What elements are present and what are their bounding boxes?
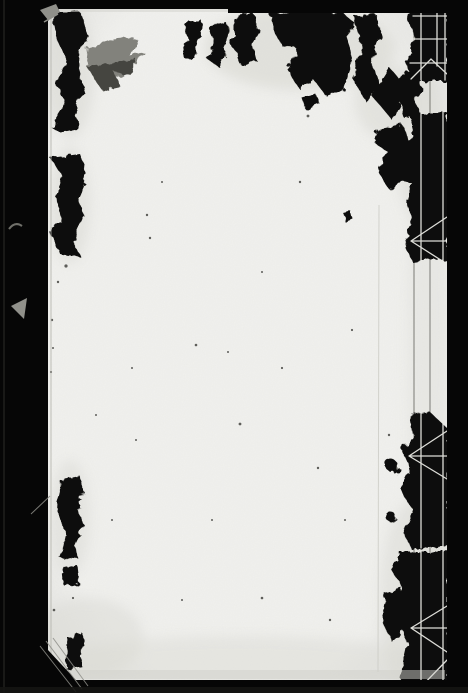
speck [52, 347, 54, 349]
speck [344, 519, 346, 521]
speck [299, 181, 301, 183]
speck [181, 599, 183, 601]
speck [95, 414, 97, 416]
speck [161, 181, 163, 183]
scan-canvas [0, 0, 468, 693]
speck [317, 467, 319, 469]
stain-corner-blob [64, 632, 82, 668]
speck [57, 281, 59, 283]
speck [149, 237, 151, 239]
speck [281, 367, 283, 369]
speck [195, 344, 198, 347]
speck [53, 609, 56, 612]
speck [388, 434, 390, 436]
left-bed-edge [3, 0, 5, 693]
speck [329, 619, 331, 621]
speck [131, 367, 133, 369]
speck [307, 115, 310, 118]
speck [72, 597, 74, 599]
speck [135, 439, 137, 441]
speck [211, 519, 213, 521]
speck [111, 519, 113, 521]
stain-dot [385, 511, 395, 521]
frame-right [447, 0, 468, 693]
speck [64, 264, 67, 267]
speck [261, 271, 263, 273]
bottom-edge-shade [52, 670, 445, 679]
frame-left [0, 0, 48, 693]
speck [146, 214, 148, 216]
bottom-bed-strip [0, 687, 468, 693]
speck [351, 329, 353, 331]
speck [227, 351, 229, 353]
speck [261, 597, 264, 600]
speck [239, 423, 242, 426]
stain-dot [386, 460, 398, 472]
book-cover-scan [0, 0, 468, 693]
frame-top-thick [228, 0, 468, 13]
